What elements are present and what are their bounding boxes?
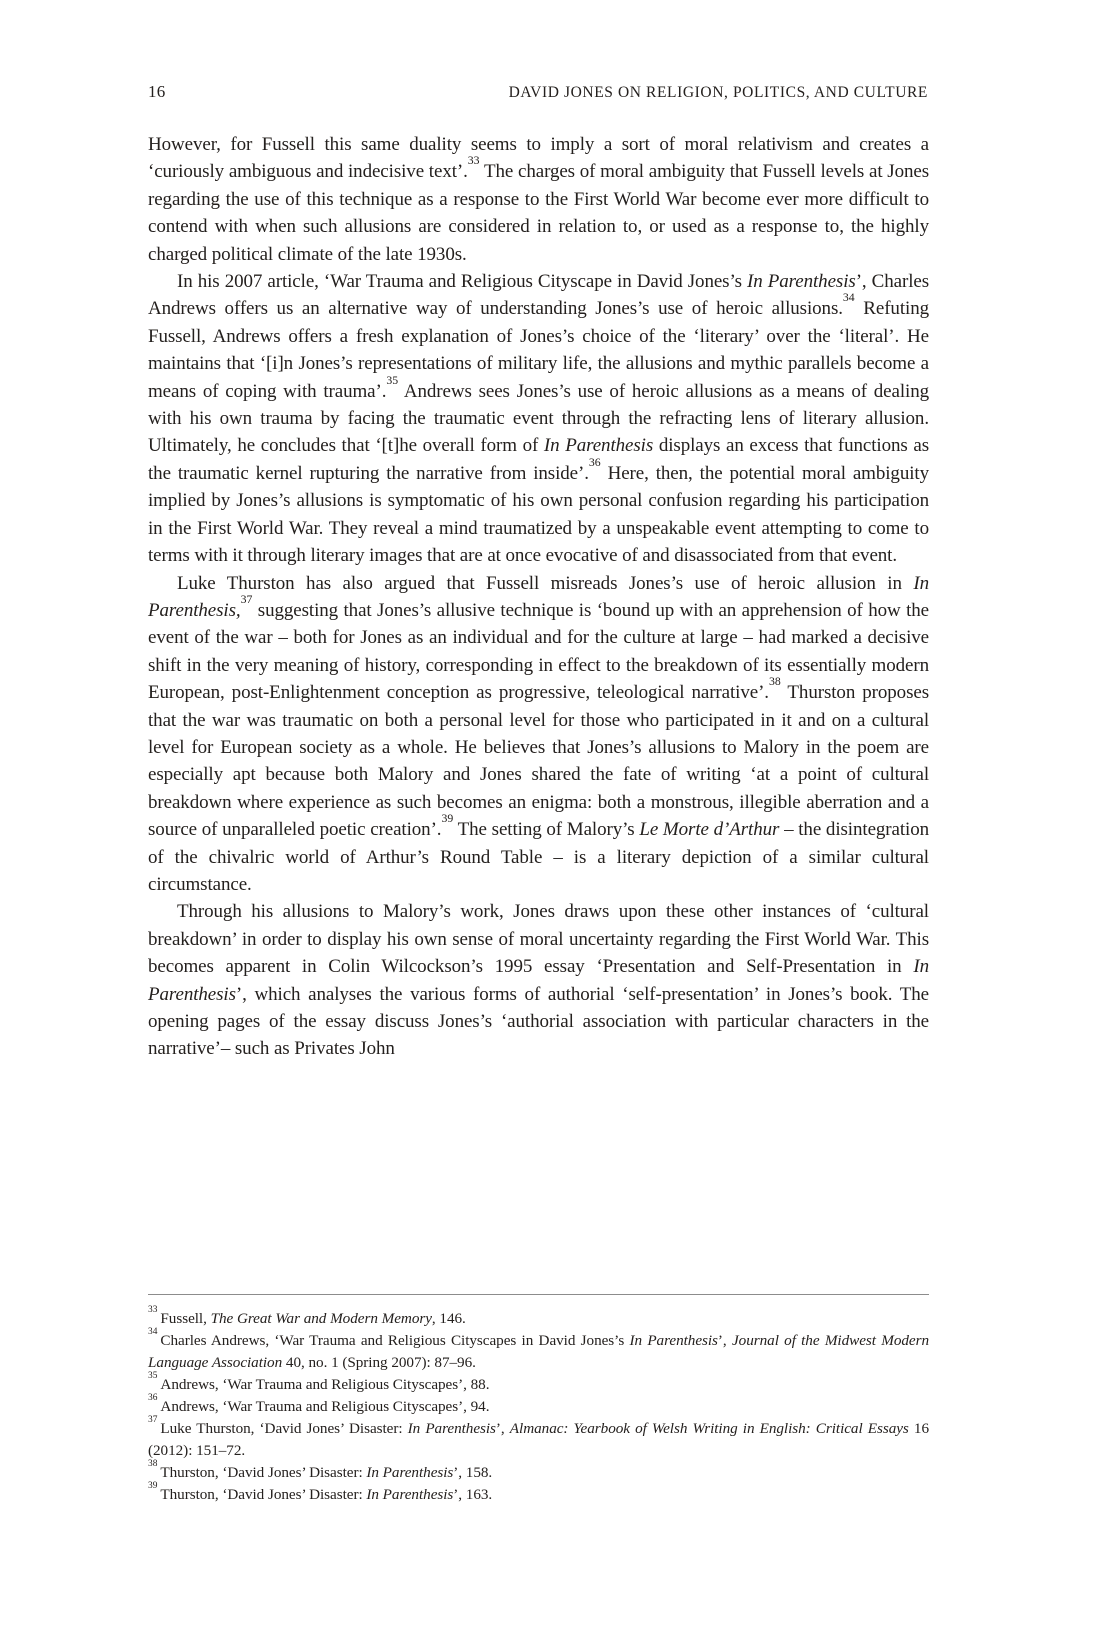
footnote-reference: 35 [386, 374, 398, 387]
footnote-text: Thurston, ‘David Jones’ Disaster: In Par… [160, 1464, 492, 1481]
footnote-36: 36Andrews, ‘War Trauma and Religious Cit… [148, 1396, 929, 1418]
footnote-reference: 38 [769, 675, 781, 688]
text-run: Fussell, [160, 1310, 210, 1327]
text-run: Luke Thurston, ‘David Jones’ Disaster: [160, 1420, 407, 1437]
text-run: Luke Thurston has also argued that Fusse… [177, 573, 913, 594]
footnote-marker: 39 [148, 1481, 157, 1491]
book-page: 16 DAVID JONES ON RELIGION, POLITICS, AN… [0, 0, 1100, 1652]
footnote-text: Fussell, The Great War and Modern Memory… [160, 1310, 465, 1327]
text-run: 40, no. 1 (Spring 2007): 87–96. [282, 1354, 476, 1371]
footnote-text: Andrews, ‘War Trauma and Religious Citys… [160, 1398, 489, 1415]
paragraph-1: However, for Fussell this same duality s… [148, 131, 929, 268]
footnotes-section: 33Fussell, The Great War and Modern Memo… [148, 1294, 929, 1506]
text-run: The setting of Malory’s [453, 819, 639, 840]
text-run: In his 2007 article, ‘War Trauma and Rel… [177, 271, 747, 292]
italic-text: In Parenthesis [629, 1332, 717, 1349]
paragraph-2: In his 2007 article, ‘War Trauma and Rel… [148, 268, 929, 569]
text-run: ’, [718, 1332, 732, 1349]
footnote-reference: 33 [468, 154, 480, 167]
footnote-34: 34Charles Andrews, ‘War Trauma and Relig… [148, 1330, 929, 1374]
footnote-39: 39Thurston, ‘David Jones’ Disaster: In P… [148, 1484, 929, 1506]
body-text: However, for Fussell this same duality s… [148, 131, 929, 1063]
text-run: ’, 158. [453, 1464, 492, 1481]
italic-text: The Great War and Modern Memory [211, 1310, 432, 1327]
footnote-marker: 37 [148, 1415, 157, 1425]
italic-text: In Parenthesis [408, 1420, 496, 1437]
footnote-reference: 37 [241, 593, 253, 606]
footnote-37: 37Luke Thurston, ‘David Jones’ Disaster:… [148, 1418, 929, 1462]
text-run: Through his allusions to Malory’s work, … [148, 901, 929, 977]
italic-text: In Parenthesis [366, 1464, 453, 1481]
page-number: 16 [148, 82, 166, 102]
paragraph-3: Luke Thurston has also argued that Fusse… [148, 570, 929, 899]
italic-text: Almanac: Yearbook of Welsh Writing in En… [510, 1420, 909, 1437]
text-run: Andrews, ‘War Trauma and Religious Citys… [160, 1398, 489, 1415]
footnote-marker: 35 [148, 1371, 157, 1381]
footnote-marker: 38 [148, 1459, 157, 1469]
italic-text: In Parenthesis [544, 435, 653, 456]
running-header: 16 DAVID JONES ON RELIGION, POLITICS, AN… [148, 82, 928, 102]
footnote-reference: 36 [589, 456, 601, 469]
footnote-text: Charles Andrews, ‘War Trauma and Religio… [148, 1332, 929, 1371]
footnote-text: Thurston, ‘David Jones’ Disaster: In Par… [160, 1486, 492, 1503]
footnote-marker: 34 [148, 1327, 157, 1337]
footnote-text: Andrews, ‘War Trauma and Religious Citys… [160, 1376, 489, 1393]
running-head-title: DAVID JONES ON RELIGION, POLITICS, AND C… [509, 84, 928, 102]
text-run: ’, which analyses the various forms of a… [148, 984, 929, 1060]
footnote-35: 35Andrews, ‘War Trauma and Religious Cit… [148, 1374, 929, 1396]
paragraph-4: Through his allusions to Malory’s work, … [148, 898, 929, 1062]
footnote-reference: 34 [843, 291, 855, 304]
text-run: ’, [496, 1420, 510, 1437]
italic-text: In Parenthesis [366, 1486, 453, 1503]
footnote-text: Luke Thurston, ‘David Jones’ Disaster: I… [148, 1420, 929, 1459]
text-run: , 146. [432, 1310, 466, 1327]
footnote-reference: 39 [441, 812, 453, 825]
text-run: Andrews, ‘War Trauma and Religious Citys… [160, 1376, 489, 1393]
footnote-38: 38Thurston, ‘David Jones’ Disaster: In P… [148, 1462, 929, 1484]
italic-text: In Parenthesis [747, 271, 856, 292]
text-run: ’, 163. [453, 1486, 492, 1503]
text-run: Thurston, ‘David Jones’ Disaster: [160, 1464, 366, 1481]
footnote-marker: 36 [148, 1393, 157, 1403]
text-run: Thurston proposes that the war was traum… [148, 682, 929, 840]
italic-text: Le Morte d’Arthur [639, 819, 779, 840]
footnote-33: 33Fussell, The Great War and Modern Memo… [148, 1308, 929, 1330]
footnote-marker: 33 [148, 1305, 157, 1315]
text-run: Charles Andrews, ‘War Trauma and Religio… [160, 1332, 629, 1349]
text-run: Thurston, ‘David Jones’ Disaster: [160, 1486, 366, 1503]
